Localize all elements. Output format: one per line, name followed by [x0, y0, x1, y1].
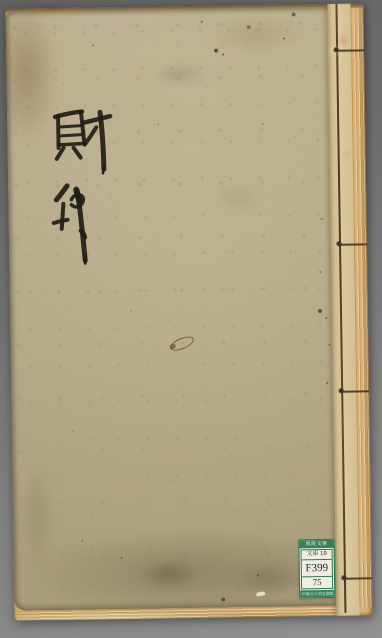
label-number-row: 75 — [302, 577, 332, 588]
binding-stitch-1 — [336, 49, 366, 51]
binding-hole-3 — [338, 388, 344, 394]
cover-stain-middle — [203, 178, 274, 219]
binding-hole-4 — [341, 575, 347, 581]
label-collection-band: 風陵文庫 — [299, 540, 333, 549]
label-library-band: 早稲田大学図書館 — [300, 590, 334, 598]
cover-stain-left — [16, 441, 58, 592]
ink-ring-mark — [168, 334, 195, 354]
label-call-row: F399 — [302, 560, 332, 577]
title-calligraphy: 財神 — [49, 100, 132, 271]
book-cover: 財神 — [6, 7, 360, 611]
foxing-specks — [6, 12, 8, 14]
cover-stain-top — [186, 9, 327, 59]
label-class-row: 文庫 19 — [302, 550, 332, 560]
binding-stitch-4 — [344, 577, 373, 579]
cover-smudge — [144, 61, 214, 88]
title-text: 財神 — [49, 100, 132, 271]
library-label: 風陵文庫 文庫 19 F399 75 早稲田大学図書館 — [298, 539, 335, 599]
binding-hole-2 — [336, 241, 342, 247]
book: 財神 風陵文庫 文庫 19 F399 75 早稲田大学図書館 — [5, 3, 372, 620]
photo-background: 財神 風陵文庫 文庫 19 F399 75 早稲田大学図書館 — [0, 0, 382, 638]
paper-fleck — [256, 591, 266, 596]
binding-hole-1 — [333, 47, 339, 53]
label-call-number-box: 文庫 19 F399 75 — [301, 549, 334, 589]
cover-grime-spot — [126, 554, 212, 595]
